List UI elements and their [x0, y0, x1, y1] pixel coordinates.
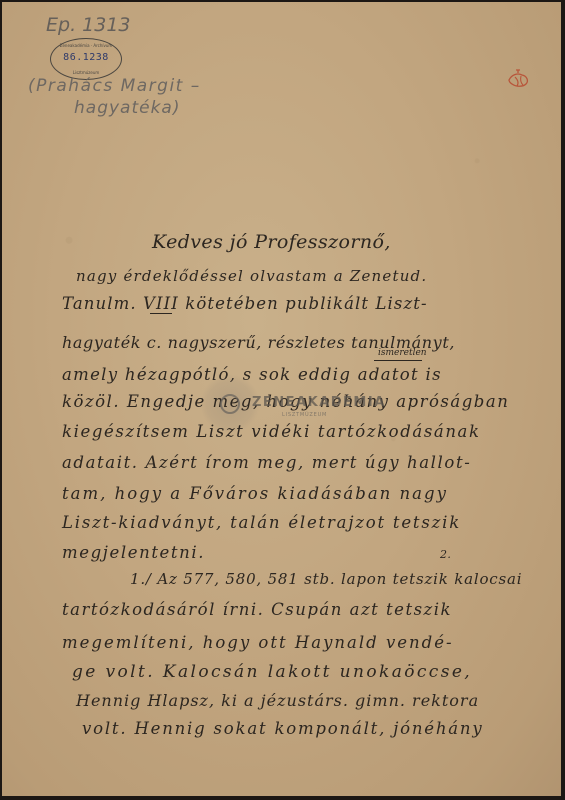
- letter-line: kiegészítsem Liszt vidéki tartózkodásána…: [62, 422, 481, 441]
- insert-underline: [374, 360, 422, 361]
- letter-line: tartózkodásáról írni. Csupán azt tetszik: [62, 600, 452, 619]
- letter-line: ge volt. Kalocsán lakott unokaöccse,: [72, 662, 472, 682]
- page-marker: 2.: [440, 548, 451, 561]
- provenance-line-2: hagyatéka): [74, 98, 180, 118]
- letter-line: 1./ Az 577, 580, 581 stb. lapon tetszik …: [130, 570, 522, 588]
- watermark-title: ZENEAKADÉMIA: [252, 395, 386, 410]
- volume-underline: [150, 313, 172, 314]
- letter-line: amely hézagpótló, s sok eddig adatot is: [62, 365, 442, 384]
- stamp-top-text: Zeneakadémia · Archívum: [51, 43, 121, 48]
- letter-line: adatait. Azért írom meg, mert úgy hallot…: [62, 453, 471, 472]
- provenance-line-1: (Prahács Margit –: [28, 76, 201, 96]
- stamp-bottom-text: Lisztmúzeum: [51, 70, 121, 75]
- interlinear-insert: ismeretlen: [378, 348, 427, 358]
- letter-line: megjelentetni.: [62, 543, 205, 562]
- archive-stamp: Zeneakadémia · Archívum 86.1238 Lisztmúz…: [50, 38, 122, 80]
- watermark-logo-icon: [220, 394, 240, 414]
- stamp-number: 86.1238: [51, 52, 121, 63]
- letter-page: Ep. 1313 Zeneakadémia · Archívum 86.1238…: [2, 2, 561, 796]
- red-ownership-mark-icon: [506, 66, 532, 90]
- letter-line: Hennig Hlapsz, ki a jézustárs. gimn. rek…: [76, 691, 479, 710]
- letter-line: nagy érdeklődéssel olvastam a Zenetud.: [76, 267, 427, 285]
- letter-line: tam, hogy a Főváros kiadásában nagy: [62, 484, 448, 503]
- letter-line: Tanulm. VIII kötetében publikált Liszt-: [62, 294, 428, 313]
- watermark-subtitle: LISZTMÚZEUM: [282, 412, 327, 418]
- salutation: Kedves jó Professzornő,: [152, 231, 391, 253]
- letter-line: Liszt-kiadványt, talán életrajzot tetszi…: [62, 513, 461, 532]
- shelfmark: Ep. 1313: [46, 14, 131, 36]
- letter-line: megemlíteni, hogy ott Haynald vendé-: [62, 633, 454, 652]
- letter-line: volt. Hennig sokat komponált, jónéhány: [82, 719, 483, 738]
